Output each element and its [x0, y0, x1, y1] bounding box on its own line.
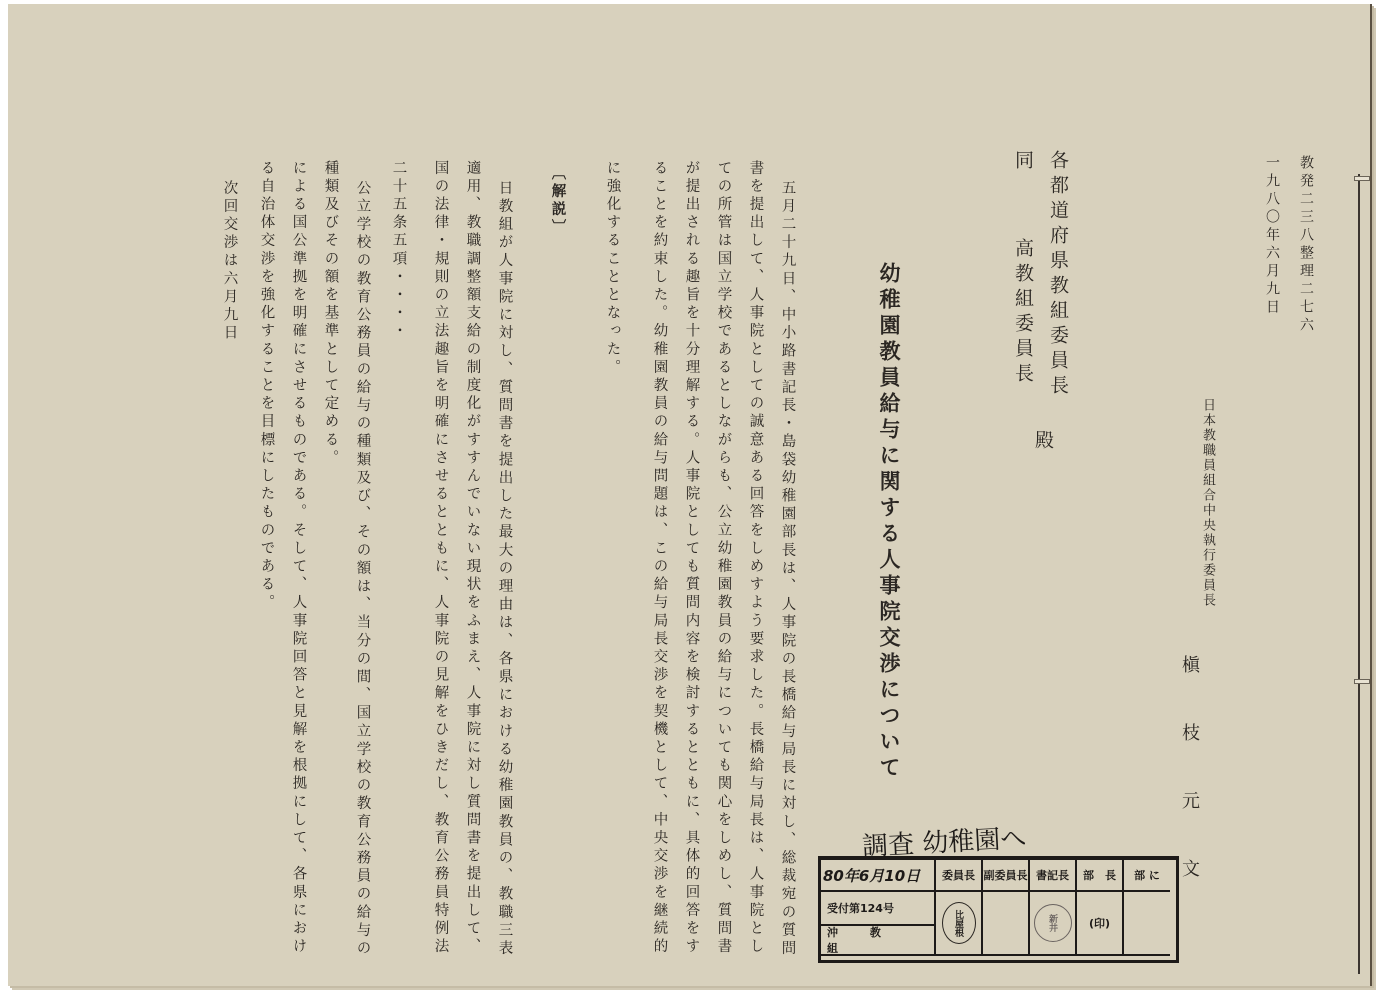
commentary-line: 適用、教職調整額支給の制度化がすすんでいない現状をふまえ、人事院に対し質問書を提…	[465, 160, 480, 956]
commentary-line: 日教組が人事院に対し、質問書を提出した最大の理由は、各県における幼稚園教員の、教…	[497, 180, 512, 958]
doc-date: 一九八〇年六月九日	[1262, 155, 1282, 317]
body-line: が提出される趣旨を十分理解する。人事院としても質問内容を検討するとともに、具体的…	[684, 160, 699, 956]
seal-stamp: 比屋根	[942, 902, 976, 944]
receipt-number: 受付第124号	[821, 892, 936, 926]
binding-string	[1358, 174, 1366, 974]
column-secretary-general: 書記長	[1030, 860, 1077, 892]
seal-cell-secretary: 新井	[1030, 892, 1077, 956]
commentary-heading: 〔解説〕	[550, 165, 565, 237]
seal-cell-vice-chairman	[983, 892, 1030, 956]
column-vice-chairman: 副委員長	[983, 860, 1030, 892]
commentary-line: 国の法律・規則の立法趣旨を明確にさせるとともに、人事院の見解をひきだし、教育公務…	[433, 160, 448, 956]
sender-title: 日本教職員組合中央執行委員長	[1198, 398, 1217, 608]
column-department: 部 に	[1124, 860, 1170, 892]
honorific: 殿	[1030, 430, 1057, 455]
commentary-line: 公立学校の教育公務員の給与の種類及び、その額は、当分の間、国立学校の教育公務員の…	[355, 180, 370, 958]
commentary-line: による国公準拠を明確にさせるものである。そして、人事院回答と見解を根拠にして、各…	[291, 160, 306, 956]
next-negotiation: 次回交渉は六月九日	[222, 180, 237, 343]
binding-tie	[1354, 679, 1370, 684]
doc-number: 教発二三八整理二七六	[1296, 155, 1316, 335]
seal-cell-chairman: 比屋根	[936, 892, 983, 956]
body-line: 五月二十九日、中小路書記長・島袋幼稚園部長は、人事院の長橋給与局長に対し、総裁宛…	[780, 180, 795, 958]
receipt-organization: 沖 教 組	[821, 926, 936, 956]
binding-tie	[1354, 176, 1370, 181]
column-department-head: 部 長	[1077, 860, 1124, 892]
receipt-date: 80年6月10日	[821, 860, 936, 892]
receipt-stamp: 80年6月10日 委員長 副委員長 書記長 部 長 部 に 受付第124号 比屋…	[818, 856, 1179, 963]
column-chairman: 委員長	[936, 860, 983, 892]
body-line: ることを約束した。幼稚園教員の給与問題は、この給与局長交渉を契機として、中央交渉…	[652, 160, 667, 956]
body-line: に強化することとなった。	[605, 160, 620, 377]
commentary-line: 二十五条五項・・・・	[391, 160, 406, 341]
seal-cell-department	[1124, 892, 1170, 956]
body-line: 書を提出して、人事院としての誠意ある回答をしめすよう要求した。長橋給与局長は、人…	[748, 160, 763, 956]
body-line: ての所管は国立学校であるとしながらも、公立幼稚園教員の給与についても関心をしめし…	[716, 160, 731, 956]
seal-stamp: 新井	[1034, 904, 1072, 942]
addressee-high-school: 高教組委員長	[1010, 238, 1037, 388]
commentary-line: 種類及びその額を基準として定める。	[323, 160, 338, 468]
seal-cell-department-head: (印)	[1077, 892, 1124, 956]
sender-name: 槇枝元文	[1176, 655, 1202, 927]
addressee-prefectures: 各都道府県教組委員長	[1045, 150, 1072, 400]
initial-mark: (印)	[1089, 915, 1110, 931]
document-title: 幼稚園教員給与に関する人事院交渉について	[874, 262, 904, 782]
addressee-same: 同	[1010, 150, 1037, 175]
commentary-line: る自治体交渉を強化することを目標にしたものである。	[259, 160, 274, 613]
